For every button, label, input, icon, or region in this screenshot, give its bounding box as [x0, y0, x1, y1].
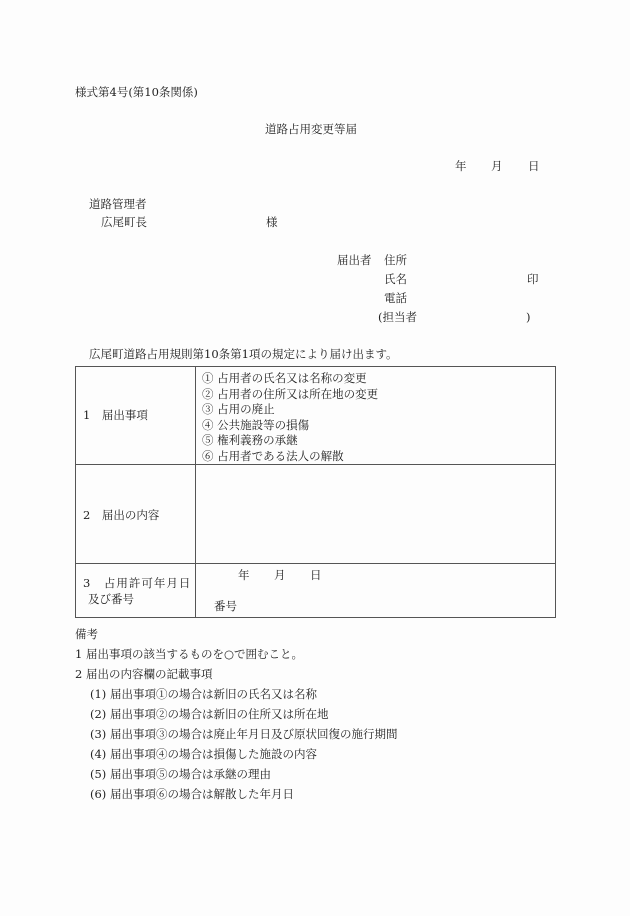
remarks-item: 2 届出の内容欄の記載事項 [75, 664, 397, 684]
remarks-heading: 備考 [75, 624, 397, 644]
addressee-line2: 広尾町長 [101, 217, 147, 229]
remarks-subitem: (3) 届出事項③の場合は廃止年月日及び原状回復の施行期間 [75, 724, 397, 744]
applicant-phone-label: 電話 [384, 293, 407, 305]
page-title: 道路占用変更等届 [265, 124, 357, 136]
remarks-subitem: (4) 届出事項④の場合は損傷した施設の内容 [75, 744, 397, 764]
notification-options: ① 占用者の氏名又は名称の変更 ② 占用者の住所又は所在地の変更 ③ 占用の廃止… [202, 371, 378, 464]
applicant-seal: 印 [527, 274, 539, 286]
applicant-name-label: 氏名 [384, 274, 407, 286]
remarks-subitem: (5) 届出事項⑤の場合は承継の理由 [75, 764, 397, 784]
row3-label-line1: 3 占用許可年月日 [83, 578, 191, 590]
permit-month: 月 [274, 570, 286, 582]
applicant-label: 届出者 [337, 255, 372, 267]
permit-number-label: 番号 [214, 601, 237, 613]
option-item[interactable]: ⑥ 占用者である法人の解散 [202, 449, 378, 465]
row1-label: 1 届出事項 [83, 410, 148, 422]
date-year: 年 [455, 161, 467, 173]
form-number: 様式第4号(第10条関係) [75, 87, 198, 99]
permit-year: 年 [238, 570, 250, 582]
row3-label-line2: 及び番号 [88, 594, 134, 606]
remarks-item: 1 届出事項の該当するものを○で囲むこと。 [75, 644, 397, 664]
option-item[interactable]: ② 占用者の住所又は所在地の変更 [202, 387, 378, 403]
row2-label: 2 届出の内容 [83, 510, 159, 522]
remarks-subitem: (2) 届出事項②の場合は新旧の住所又は所在地 [75, 704, 397, 724]
option-item[interactable]: ① 占用者の氏名又は名称の変更 [202, 371, 378, 387]
applicant-contact-close: ) [526, 312, 531, 324]
addressee-line1: 道路管理者 [89, 199, 147, 211]
date-month: 月 [491, 161, 503, 173]
remarks-subitem: (6) 届出事項⑥の場合は解散した年月日 [75, 784, 397, 804]
remarks-subitem: (1) 届出事項①の場合は新旧の氏名又は名称 [75, 684, 397, 704]
remarks: 備考 1 届出事項の該当するものを○で囲むこと。 2 届出の内容欄の記載事項 (… [75, 624, 397, 804]
option-item[interactable]: ③ 占用の廃止 [202, 402, 378, 418]
applicant-contact-label: (担当者 [378, 312, 417, 324]
notification-table: 1 届出事項 ① 占用者の氏名又は名称の変更 ② 占用者の住所又は所在地の変更 … [75, 366, 556, 618]
table-row-divider [76, 563, 555, 564]
applicant-address-label: 住所 [384, 255, 407, 267]
statement: 広尾町道路占用規則第10条第1項の規定により届け出ます。 [89, 349, 398, 361]
option-item[interactable]: ⑤ 権利義務の承継 [202, 433, 378, 449]
permit-day: 日 [310, 570, 322, 582]
addressee-honorific: 様 [266, 217, 278, 229]
option-item[interactable]: ④ 公共施設等の損傷 [202, 418, 378, 434]
row2-content-field[interactable] [196, 465, 556, 562]
date-day: 日 [528, 161, 540, 173]
